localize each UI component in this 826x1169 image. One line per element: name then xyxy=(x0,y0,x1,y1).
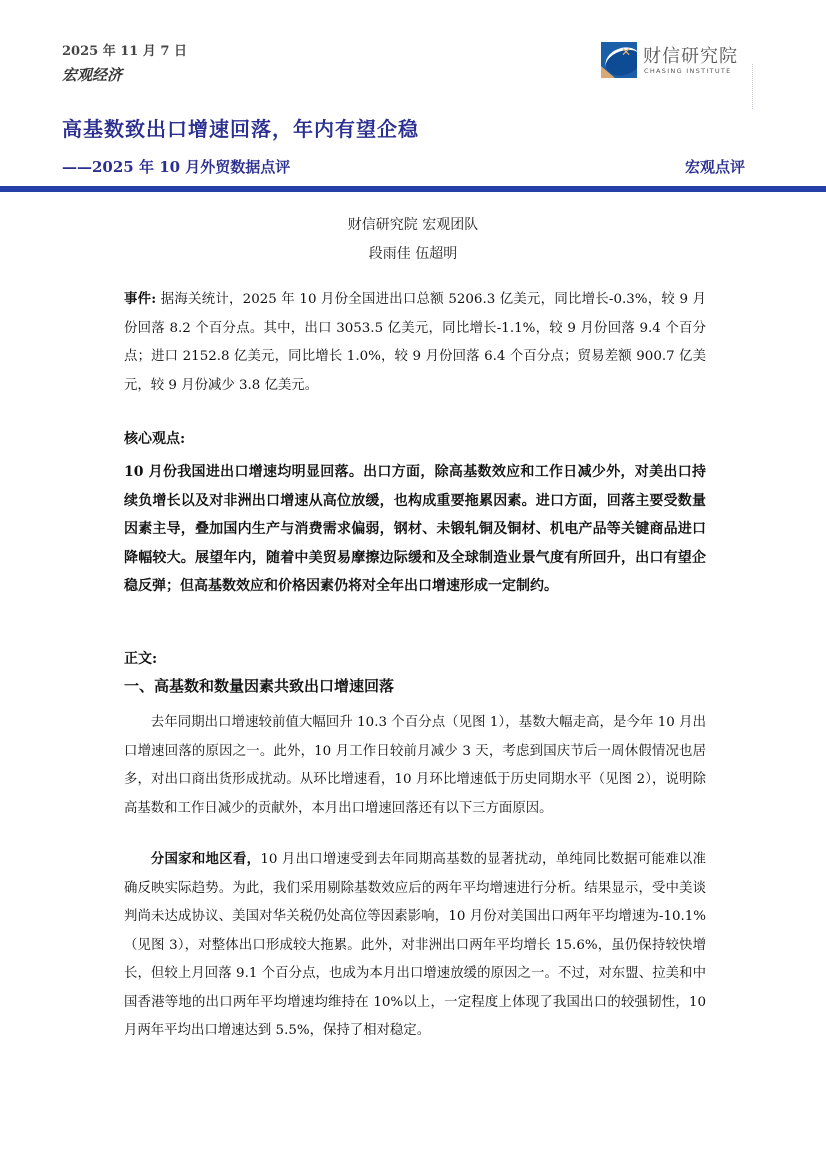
logo-name-en: CHASING INSTITUTE xyxy=(644,67,732,75)
section-1-title: 一、高基数和数量因素共致出口增速回落 xyxy=(124,675,394,696)
body-paragraph-2: 分国家和地区看，10 月出口增速受到去年同期高基数的显著扰动，单纯同比数据可能难… xyxy=(124,845,706,1046)
authors: 段雨佳 伍超明 xyxy=(0,243,826,263)
header-divider xyxy=(0,186,826,192)
core-views-heading: 核心观点: xyxy=(124,428,185,448)
report-subtitle: ——2025 年 10 月外贸数据点评 xyxy=(62,156,290,177)
body-heading: 正文: xyxy=(124,648,157,668)
paragraph-2-text: 10 月出口增速受到去年同期高基数的显著扰动，单纯同比数据可能难以准确反映实际趋… xyxy=(124,852,706,1038)
body-paragraph-1: 去年同期出口增速较前值大幅回升 10.3 个百分点（见图 1），基数大幅走高，是… xyxy=(124,709,706,823)
institute-logo: ✕ 财信研究院 CHASING INSTITUTE xyxy=(601,42,741,82)
report-date: 2025 年 11 月 7 日 xyxy=(62,40,187,59)
event-paragraph: 事件: 据海关统计，2025 年 10 月份全国进出口总额 5206.3 亿美元… xyxy=(124,285,706,400)
report-category: 宏观经济 xyxy=(62,64,122,85)
decorative-dotted-line xyxy=(752,64,754,109)
paragraph-2-lead: 分国家和地区看， xyxy=(151,851,261,867)
core-views-text: 10 月份我国进出口增速均明显回落。出口方面，除高基数效应和工作日减少外，对美出… xyxy=(124,458,706,601)
research-team: 财信研究院 宏观团队 xyxy=(0,214,826,234)
event-text: 据海关统计，2025 年 10 月份全国进出口总额 5206.3 亿美元，同比增… xyxy=(124,292,706,393)
chasing-logo-icon: ✕ xyxy=(601,42,637,78)
event-label: 事件: xyxy=(124,291,156,307)
logo-name-cn: 财信研究院 xyxy=(643,42,738,68)
report-type-tag: 宏观点评 xyxy=(685,156,745,177)
report-title: 高基数致出口增速回落，年内有望企稳 xyxy=(62,113,419,142)
